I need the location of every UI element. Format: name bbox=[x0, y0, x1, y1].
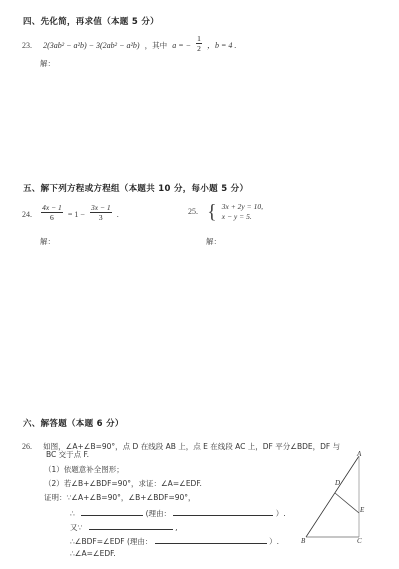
question-number: 23. bbox=[22, 41, 32, 50]
part-2: （2）若∠B+∠BDF=90°，求证：∠A=∠EDF. bbox=[44, 478, 202, 489]
answer-label-24: 解： bbox=[40, 236, 55, 247]
proof-step-2: 又∵ , bbox=[70, 521, 177, 533]
proof-intro: 证明：∵∠A+∠B=90°，∠B+∠BDF=90°， bbox=[44, 492, 196, 503]
question-number: 24. bbox=[22, 210, 32, 219]
equals-mid: = 1 − bbox=[68, 210, 85, 219]
blank-field-2[interactable] bbox=[89, 521, 173, 530]
blank-field-1[interactable] bbox=[81, 507, 143, 516]
question-number: 25. bbox=[188, 207, 198, 216]
a-label: a = − bbox=[172, 41, 191, 50]
label-D: D bbox=[335, 479, 340, 487]
label-E: E bbox=[360, 506, 364, 514]
where-label: ，其中 bbox=[145, 41, 168, 50]
question-23: 23. 2(3ab² − a²b) − 3(2ab² − a²b) ，其中 a … bbox=[22, 33, 236, 53]
b-value: ，b = 4 . bbox=[207, 41, 236, 50]
lhs-fraction: 4x − 1 6 bbox=[41, 203, 63, 222]
rhs-fraction: 3x − 1 3 bbox=[90, 203, 112, 222]
section6-heading: 六、解答题（本题 6 分） bbox=[23, 417, 124, 429]
equation-2: x − y = 5. bbox=[222, 212, 263, 222]
blank-reason-1[interactable] bbox=[173, 507, 273, 516]
section4-heading: 四、先化简，再求值（本题 5 分） bbox=[23, 15, 159, 27]
answer-label-25: 解： bbox=[206, 236, 221, 247]
brace-icon: { bbox=[207, 201, 217, 223]
question-24: 24. 4x − 1 6 = 1 − 3x − 1 3 . bbox=[22, 202, 119, 222]
expression: 2(3ab² − a²b) − 3(2ab² − a²b) bbox=[43, 41, 139, 50]
section5-heading: 五、解下列方程或方程组（本题共 10 分，每小题 5 分） bbox=[23, 182, 248, 194]
question-25: 25. { 3x + 2y = 10, x − y = 5. bbox=[188, 201, 263, 222]
equation-1: 3x + 2y = 10, bbox=[222, 202, 263, 212]
blank-reason-3[interactable] bbox=[155, 535, 267, 544]
proof-step-1: ∴ (理由： ）. bbox=[70, 507, 286, 519]
part-1: （1）依题意补全图形； bbox=[44, 464, 124, 475]
label-A: A bbox=[357, 450, 361, 458]
proof-conclusion: ∴∠A=∠EDF. bbox=[70, 549, 116, 558]
a-fraction: 1 2 bbox=[196, 34, 202, 53]
question-26-line2: BC 交于点 F. bbox=[46, 449, 89, 460]
label-B: B bbox=[301, 537, 305, 545]
triangle-figure bbox=[295, 450, 375, 550]
proof-step-3: ∴∠BDF=∠EDF (理由： ）. bbox=[70, 535, 279, 547]
label-C: C bbox=[357, 537, 362, 545]
question-number: 26. bbox=[22, 442, 32, 451]
answer-label-23: 解： bbox=[40, 58, 55, 69]
